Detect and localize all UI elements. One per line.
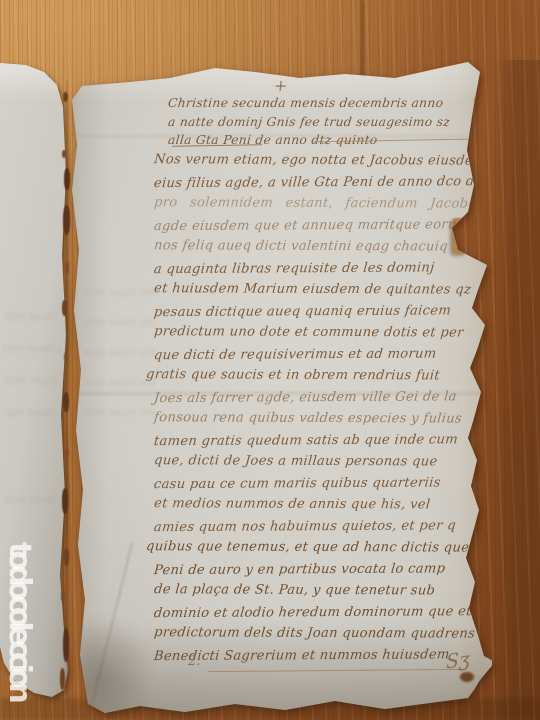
manuscript-line: quibus que tenemus, et que ad hanc dicti… [145, 536, 535, 559]
manuscript-line: de la plaça de St. Pau, y que tenetur su… [153, 579, 535, 602]
stitch-mark [62, 488, 68, 514]
manuscript-line: predictorum dels dits Joan quondam quadr… [153, 622, 535, 645]
manuscript-line: fonsoua rena quibus valdes especies y fu… [153, 407, 535, 430]
manuscript-paper: nim muni ennui mi im nim nim muni ennui … [60, 58, 492, 720]
showthrough-text: nim muni ennui mi im nim [84, 346, 156, 359]
manuscript-line: eius filius agde, a ville Gta Peni de an… [153, 170, 536, 194]
showthrough-text: nim muni ennui mi im nim [4, 493, 59, 506]
manuscript-line: dominio et alodio heredum dominorum que … [153, 600, 536, 624]
stain-speck [474, 96, 483, 103]
stitch-mark [63, 628, 69, 662]
wood-right-shade [494, 60, 540, 720]
showthrough-text: nim muni ennui mi im nim [5, 374, 59, 387]
manuscript-line: predictum uno dote et commune dotis et p… [153, 321, 535, 344]
manuscript-line: a quaginta libras requisite de les domin… [153, 256, 536, 280]
showthrough-text: nim muni ennui mi im nim [4, 310, 60, 323]
stitch-mark [61, 590, 65, 602]
stitch-mark [62, 150, 66, 158]
showthrough-text: nim muni ennui mi im nim [3, 406, 60, 419]
manuscript-line: amies quam nos habuimus quietos, et per … [153, 514, 536, 538]
manuscript-line: agde eiusdem que et annueq maritque eoru… [153, 213, 536, 237]
ink-cross-mark: + [273, 76, 288, 95]
manuscript-line: pesaus dictique aueq quaniq eruius faice… [153, 299, 536, 323]
stitch-mark [64, 168, 70, 190]
manuscript-line: Nos verum etiam, ego notta et Jacobus ei… [153, 149, 535, 172]
showthrough-text: nim muni ennui mi im nim [84, 316, 156, 329]
stitch-mark [64, 548, 69, 566]
stitch-mark [63, 92, 68, 102]
stitch-mark [63, 392, 69, 412]
heading-line: a natte dominj Gnis fee trud seuagesimo … [167, 113, 451, 132]
manuscript-line: et huiusdem Marium eiusdem de quitantes … [153, 278, 535, 301]
showthrough-text: nim muni ennui mi im nim [2, 342, 60, 355]
stitch-mark [60, 668, 65, 690]
manuscript-line: tamen gratis quedum satis ab que inde cu… [153, 428, 536, 452]
photo-scene: nim muni ennui mi im nim nim muni ennui … [0, 0, 540, 720]
stitch-mark [64, 352, 68, 362]
closing-mark: 2. [188, 654, 200, 669]
showthrough-text: nim muni ennui mi im nim [84, 286, 156, 299]
binding-stitching [55, 75, 77, 715]
stain-speck [460, 672, 474, 682]
manuscript-body: Nos verum etiam, ego notta et Jacobus ei… [154, 150, 534, 666]
stitch-mark [62, 300, 67, 316]
corner-curl-shadow [78, 614, 154, 718]
manuscript-line: Joes als farrer agde, eiusdem ville Gei … [153, 385, 536, 409]
manuscript-line: nos feliq aueq dicti valentini eqag chac… [153, 235, 535, 258]
manuscript-line: Benedicti Sagrerium et nummos huiusdem [153, 643, 536, 667]
manuscript-line: casu pau ce cum mariis quibus quarteriis [153, 471, 536, 495]
stitch-mark [65, 262, 69, 274]
heading-line: Christine secunda mensis decembris anno [167, 94, 451, 113]
manuscript-line: Peni de auro y en partibus vocata lo cam… [153, 557, 536, 581]
showthrough-text: nim muni ennui mi im nim [84, 406, 156, 419]
closing-flourish: Sʒ [446, 648, 470, 674]
manuscript-line: que, dicti de Joes a millaus personas qu… [153, 450, 535, 473]
manuscript-line: que dicti de requisiverimus et ad morum [153, 342, 536, 366]
manuscript-page: nim muni ennui mi im nim nim muni ennui … [60, 58, 492, 720]
margin-showthrough: nim muni ennui mi im nim nim muni ennui … [84, 286, 156, 622]
manuscript-line: et medios nummos de annis que his, vel [153, 493, 535, 516]
manuscript-line: pro solemnidem estant, faciendum Jacobo … [153, 192, 535, 215]
stitch-mark [65, 448, 69, 458]
watermark-text: todocoleccion [4, 542, 34, 710]
stitch-mark [63, 205, 70, 235]
manuscript-heading: Christine secunda mensis decembris annoa… [168, 94, 450, 150]
manuscript-line: gratis que saucis et in obrem rendrius f… [145, 364, 535, 387]
